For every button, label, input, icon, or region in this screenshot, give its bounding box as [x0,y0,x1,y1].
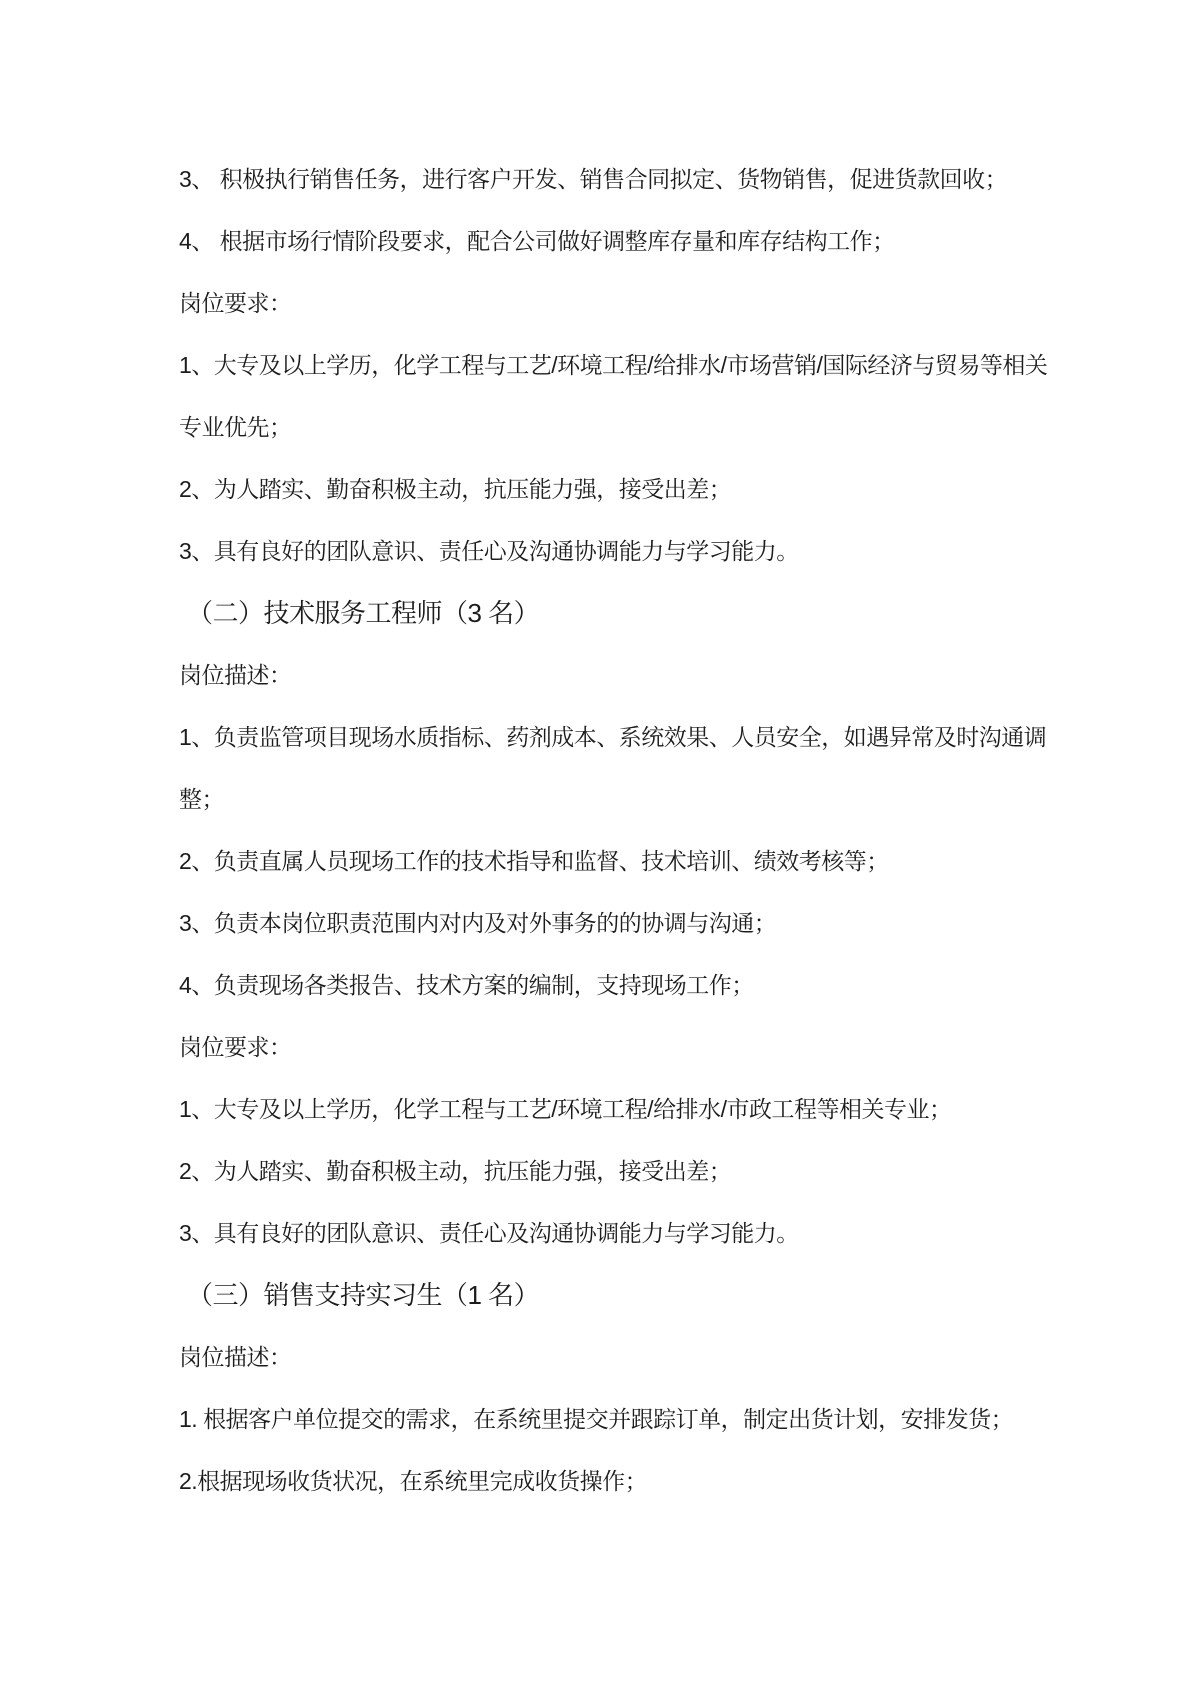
doc-line-job-description-label-2: 岗位描述： [179,1326,1031,1388]
doc-line-duty3: 3、负责本岗位职责范围内对内及对外事务的的协调与沟通； [179,892,1031,954]
doc-line-duty4: 4、负责现场各类报告、技术方案的编制，支持现场工作； [179,954,1031,1016]
doc-line-req2-1: 1、大专及以上学历，化学工程与工艺/环境工程/给排水/市政工程等相关专业； [179,1078,1031,1140]
doc-line-req2: 2、为人踏实、勤奋积极主动，抗压能力强，接受出差； [179,458,1031,520]
doc-line-req1-part2: 专业优先； [179,396,1031,458]
doc-line-sales-task-4: 4、 根据市场行情阶段要求，配合公司做好调整库存量和库存结构工作； [179,210,1031,272]
section-heading-tech-service-engineer: （二）技术服务工程师（3 名） [179,582,1031,644]
doc-line-job-requirements-label: 岗位要求： [179,272,1031,334]
document-page: 3、 积极执行销售任务，进行客户开发、销售合同拟定、货物销售，促进货款回收； 4… [0,0,1191,1684]
doc-line-req2-2: 2、为人踏实、勤奋积极主动，抗压能力强，接受出差； [179,1140,1031,1202]
doc-line-duty1-part1: 1、负责监管项目现场水质指标、药剂成本、系统效果、人员安全，如遇异常及时沟通调 [179,706,1031,768]
doc-line-job-requirements-label-2: 岗位要求： [179,1016,1031,1078]
doc-line-intern-duty2: 2.根据现场收货状况，在系统里完成收货操作； [179,1450,1031,1512]
section-heading-sales-support-intern: （三）销售支持实习生（1 名） [179,1264,1031,1326]
doc-line-req3: 3、具有良好的团队意识、责任心及沟通协调能力与学习能力。 [179,520,1031,582]
doc-line-duty2: 2、负责直属人员现场工作的技术指导和监督、技术培训、绩效考核等； [179,830,1031,892]
doc-line-intern-duty1: 1. 根据客户单位提交的需求，在系统里提交并跟踪订单，制定出货计划，安排发货； [179,1388,1031,1450]
doc-line-job-description-label: 岗位描述： [179,644,1031,706]
doc-line-duty1-part2: 整； [179,768,1031,830]
doc-line-req1-part1: 1、大专及以上学历，化学工程与工艺/环境工程/给排水/市场营销/国际经济与贸易等… [179,334,1031,396]
doc-line-sales-task-3: 3、 积极执行销售任务，进行客户开发、销售合同拟定、货物销售，促进货款回收； [179,148,1031,210]
doc-line-req2-3: 3、具有良好的团队意识、责任心及沟通协调能力与学习能力。 [179,1202,1031,1264]
